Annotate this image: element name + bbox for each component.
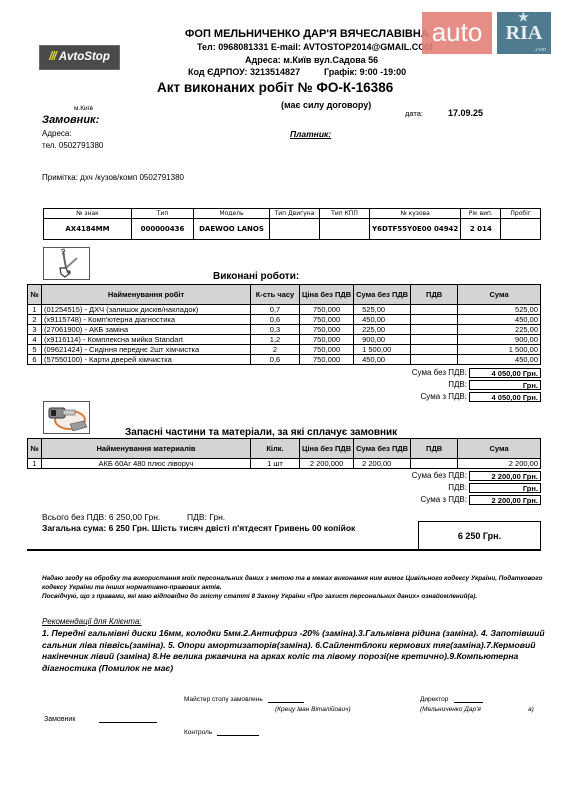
total-vat: ПДВ: Грн. [187,512,225,522]
document-date: 17.09.25 [448,108,483,118]
column-header: Пробіг [501,209,541,219]
table-cell: 900,00 [458,335,541,345]
column-header: № [28,439,42,459]
table-cell: 450,00 [458,315,541,325]
table-cell: 450,00 [458,355,541,365]
contact-line: Тел: 0968081331 E-mail: AVTOSTOP2014@GMA… [197,42,433,52]
date-label: дата: [405,109,423,118]
table-cell [270,219,320,240]
table-cell: 450,00 [354,355,411,365]
column-header: Ціна без ПДВ [300,285,354,305]
column-header: Найменування робіт [42,285,251,305]
table-cell: (x9116114) - Комплексна мийка Standart [42,335,251,345]
table-cell: 1 500,00 [354,345,411,355]
customer-address-label: Адреса: [42,129,72,138]
table-cell: 525,00 [458,305,541,315]
table-cell: 0,3 [251,325,300,335]
table-cell: 3 [28,325,42,335]
total-value: 2 200,00 Грн. [469,471,541,481]
column-header: Модель [194,209,270,219]
divider [27,549,541,551]
signature-line [268,702,304,703]
table-cell: 1 [28,459,42,469]
auto-parts-icon [43,401,90,434]
column-header: № кузова [370,209,461,219]
table-cell: 1,2 [251,335,300,345]
customer-signature-label: Замовник [44,716,75,723]
table-cell: 750,000 [300,325,354,335]
table-cell: 5 [28,345,42,355]
address-line: Адреса: м.Київ вул.Садова 56 [245,55,378,65]
vehicle-table: № знакТипМодельТип ДвигунаТип КПП№ кузов… [43,208,541,240]
table-row: 1(01254515) - ДХЧ (залишок дисків/наклад… [28,305,541,315]
column-header: Сума [458,285,541,305]
customer-phone: тел. 0502791380 [42,141,103,150]
recommendations-label: Рекомендації для Клієнта: [42,617,142,626]
table-cell: 2 200,00 [354,459,411,469]
table-row: 2(x9115748) - Комп'ютерна діагностика0,6… [28,315,541,325]
table-row: 5(09621424) - Сидіння переднє 2шт хімчис… [28,345,541,355]
table-cell: 2 [28,315,42,325]
works-header-row: №Найменування робітК-сть часуЦіна без ПД… [28,285,541,305]
column-header: Ціна без ПДВ [300,439,354,459]
column-header: Сума без ПДВ [354,439,411,459]
master-signature: Майстер столу замовлень [184,696,304,703]
table-cell [411,355,458,365]
director-name: (Мельниченко Дар'я [420,706,481,713]
table-cell [501,219,541,240]
total-value: 2 200,00 Грн. [469,495,541,505]
total-label: ПДВ: [347,483,467,493]
total-value: Грн. [469,380,541,390]
table-row: 4(x9116114) - Комплексна мийка Standart1… [28,335,541,345]
column-header: Тип Двигуна [270,209,320,219]
total-value: 4 050,00 Грн. [469,392,541,402]
table-cell: 2 200,00 [458,459,541,469]
signature-line [454,702,483,703]
column-header: К-сть часу [251,285,300,305]
column-header: ПДВ [411,439,458,459]
table-cell: 1 шт [251,459,300,469]
table-cell [411,335,458,345]
total-label: ПДВ: [347,380,467,390]
company-name: ФОП МЕЛЬНИЧЕНКО ДАР'Я ВЯЧЕСЛАВІВНА [185,28,429,40]
column-header: Рік вип. [461,209,501,219]
table-cell: 0,6 [251,315,300,325]
note: Примітка: дхч /кузов/комп 0502791380 [42,173,184,182]
table-cell [411,459,458,469]
table-cell: Y6DTF55Y0E00 04942 [370,219,461,240]
works-section-title: Виконані роботи: [213,271,299,282]
table-cell [320,219,370,240]
city: м.Київ [74,105,93,112]
table-row: 3(27061900) - АКБ заміна0,3750,000225,00… [28,325,541,335]
total-value: Грн. [469,483,541,493]
customer-label: Замовник: [42,114,99,126]
document-title: Акт виконаних робіт № ФО-К-16386 [157,80,393,95]
table-cell: (27061900) - АКБ заміна [42,325,251,335]
table-cell: 750,000 [300,345,354,355]
work-schedule: Графік: 9:00 -19:00 [324,67,406,77]
wrench-tools-icon [43,247,90,280]
column-header: Кілк. [251,439,300,459]
table-cell: 450,00 [354,315,411,325]
total-label: Сума з ПДВ: [347,392,467,402]
total-label: Сума без ПДВ: [347,368,467,378]
table-cell: 225,00 [458,325,541,335]
table-cell: DAEWOO LANOS [194,219,270,240]
table-cell: 750,000 [300,315,354,325]
table-cell: 525,00 [354,305,411,315]
table-cell: (57550100) - Карти дверей хімчистка [42,355,251,365]
parts-table: №Найменування материалівКілк.Ціна без ПД… [27,438,541,469]
column-header: Найменування материалів [42,439,251,459]
table-cell [411,305,458,315]
column-header: ПДВ [411,285,458,305]
column-header: Сума [458,439,541,459]
column-header: Тип [132,209,194,219]
table-cell: АКБ 60Аг 480 плюс ліворуч [42,459,251,469]
table-cell [411,315,458,325]
table-cell: 000000436 [132,219,194,240]
table-cell: 1 500,00 [458,345,541,355]
table-cell: 2 014 [461,219,501,240]
column-header: № [28,285,42,305]
vehicle-data-row: AX4184MM000000436DAEWOO LANOSY6DTF55Y0E0… [44,219,541,240]
director-signature: Директор [420,696,483,703]
avtostop-logo: ///AvtoStop [39,45,120,70]
table-cell: 0,6 [251,355,300,365]
column-header: Тип КПП [320,209,370,219]
table-cell [411,325,458,335]
grand-total-box: 6 250 Грн. [418,521,541,550]
payer-label: Платник: [290,129,331,139]
table-cell: 4 [28,335,42,345]
table-cell: 2 200,000 [300,459,354,469]
document-subtitle: (має силу договору) [281,100,371,110]
table-cell: 6 [28,355,42,365]
logo-text: AvtoStop [59,51,110,63]
total-label: Сума без ПДВ: [347,471,467,481]
table-row: 6(57550100) - Карти дверей хімчистка0,67… [28,355,541,365]
table-cell: AX4184MM [44,219,132,240]
ria-watermark-logo: ★RIA.com [497,12,551,54]
director-name-end: а) [528,706,534,713]
table-cell: 225,00 [354,325,411,335]
customer-signature-line [99,722,157,723]
table-cell: 750,000 [300,305,354,315]
signature-line [217,735,259,736]
edrpou-code: Код ЄДРПОУ: 3213514827 [188,67,300,77]
control-signature: Контроль [184,729,259,736]
table-cell: 750,000 [300,335,354,345]
logo-mark-icon: /// [49,51,56,63]
table-cell: (x9115748) - Комп'ютерна діагностика [42,315,251,325]
table-cell: (01254515) - ДХЧ (залишок дисків/накладо… [42,305,251,315]
table-cell: 2 [251,345,300,355]
master-name: (Крецу Іван Віталійович) [275,706,351,713]
personal-data-consent: Надаю згоду на обробку та використання м… [42,574,547,601]
table-cell: (09621424) - Сидіння переднє 2шт хімчист… [42,345,251,355]
table-cell [411,345,458,355]
works-table: №Найменування робітК-сть часуЦіна без ПД… [27,284,541,365]
star-icon: ★ [518,12,529,24]
grand-total-text: Загальна сума: 6 250 Грн. Шість тисяч дв… [42,523,355,533]
parts-header-row: №Найменування материалівКілк.Ціна без ПД… [28,439,541,459]
vehicle-header-row: № знакТипМодельТип ДвигунаТип КПП№ кузов… [44,209,541,219]
table-cell: 750,000 [300,355,354,365]
parts-section-title: Запасні частини та матеріали, за які спл… [125,427,397,438]
table-cell: 0,7 [251,305,300,315]
auto-watermark-logo: auto [422,12,492,54]
total-without-vat: Всього без ПДВ: 6 250,00 Грн. [42,512,160,522]
total-value: 4 050,00 Грн. [469,368,541,378]
total-label: Сума з ПДВ: [347,495,467,505]
table-cell: 900,00 [354,335,411,345]
table-cell: 1 [28,305,42,315]
column-header: № знак [44,209,132,219]
column-header: Сума без ПДВ [354,285,411,305]
recommendations-text: 1. Передні гальмівні диски 16мм, колодки… [42,628,547,674]
table-row: 1АКБ 60Аг 480 плюс ліворуч1 шт2 200,0002… [28,459,541,469]
